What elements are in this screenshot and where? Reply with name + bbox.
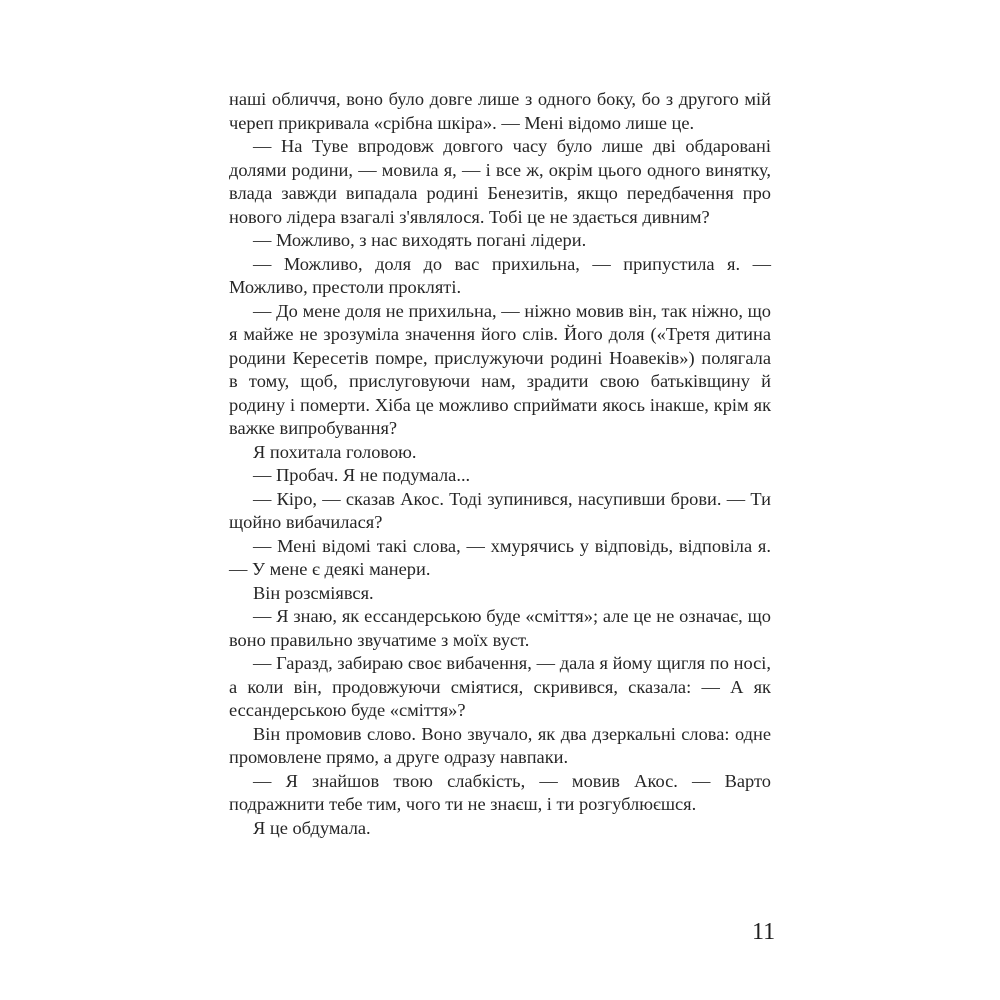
page-number: 11: [752, 918, 774, 946]
paragraph-dialogue: — До мене доля не прихильна, — ніжно мов…: [229, 300, 771, 441]
paragraph-dialogue: — Я знайшов твою слабкість, — мовив Акос…: [229, 770, 771, 817]
paragraph-dialogue: — На Туве впродовж довгого часу було лиш…: [229, 135, 771, 229]
paragraph-dialogue: — Кіро, — сказав Акос. Тоді зупинився, н…: [229, 488, 771, 535]
page-body-text: наші обличчя, воно було довге лише з одн…: [229, 88, 771, 840]
paragraph-dialogue: — Пробач. Я не подумала...: [229, 464, 771, 488]
paragraph-dialogue: — Можливо, доля до вас прихильна, — прип…: [229, 253, 771, 300]
paragraph-dialogue: — Я знаю, як ессандерською буде «сміття»…: [229, 605, 771, 652]
paragraph-narration: Я це обдумала.: [229, 817, 771, 841]
paragraph-dialogue: — Гаразд, забираю своє вибачення, — дала…: [229, 652, 771, 723]
paragraph-dialogue: — Можливо, з нас виходять погані лідери.: [229, 229, 771, 253]
paragraph-continuation: наші обличчя, воно було довге лише з одн…: [229, 88, 771, 135]
paragraph-narration: Він промовив слово. Воно звучало, як два…: [229, 723, 771, 770]
paragraph-narration: Я похитала головою.: [229, 441, 771, 465]
book-page: наші обличчя, воно було довге лише з одн…: [0, 0, 1000, 1000]
paragraph-narration: Він розсміявся.: [229, 582, 771, 606]
paragraph-dialogue: — Мені відомі такі слова, — хмурячись у …: [229, 535, 771, 582]
